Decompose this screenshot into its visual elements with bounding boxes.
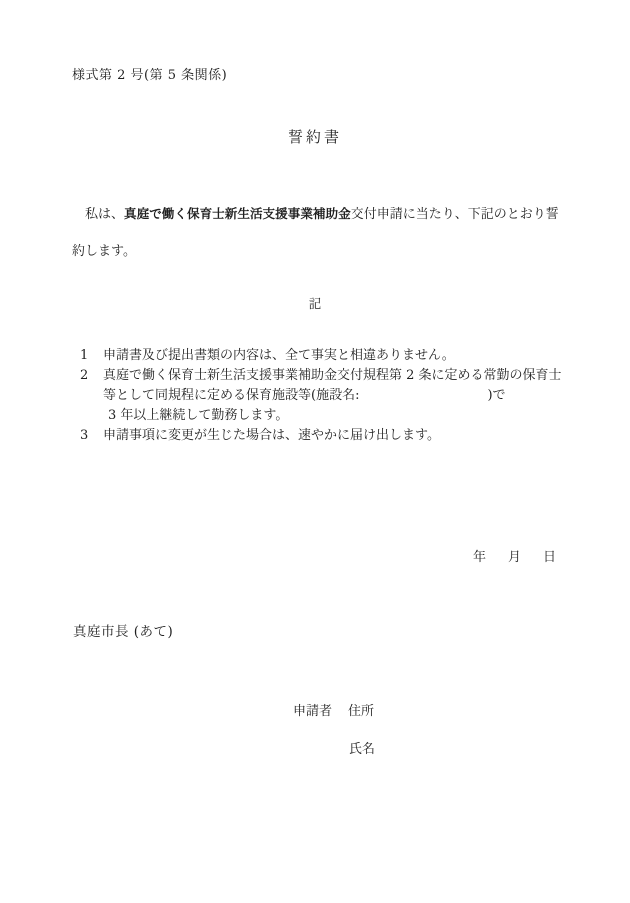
item2-line1: 真庭で働く保育士新生活支援事業補助金交付規程第 2 条に定める常勤の保育士 [103,368,562,383]
item-text: 申請事項に変更が生じた場合は、速やかに届け出します。 [103,426,562,446]
intro-line2: 約します。 [72,233,562,270]
intro-text-post: 交付申請に当たり、下記のとおり誓 [351,207,559,222]
day-label: 日 [543,546,556,565]
item-number: 2 [80,366,103,386]
pledge-item-3: 3 申請事項に変更が生じた場合は、速やかに届け出します。 [80,426,562,446]
addressee-line: 真庭市長 (あて) [73,620,173,640]
subsidy-program-name: 真庭で働く保育士新生活支援事業補助金 [124,206,351,221]
pledge-item-1: 1 申請書及び提出書類の内容は、全て事実と相違ありません。 [80,346,562,366]
date-line: 年 月 日 [473,546,556,565]
applicant-label: 申請者 [293,700,332,719]
intro-text-pre: 私は、 [72,207,124,222]
applicant-row: 申請者 住所 [293,700,374,719]
intro-line1: 私は、真庭で働く保育士新生活支援事業補助金交付申請に当たり、下記のとおり誓 [72,195,562,233]
item2-line2-pre: 等として同規程に定める保育施設等(施設名: [103,386,359,406]
pledge-item-2: 2 真庭で働く保育士新生活支援事業補助金交付規程第 2 条に定める常勤の保育士 … [80,366,562,426]
name-label: 氏名 [349,738,375,757]
section-marker-ki: 記 [0,294,630,312]
intro-paragraph: 私は、真庭で働く保育士新生活支援事業補助金交付申請に当たり、下記のとおり誓 約し… [72,195,562,270]
pledge-list: 1 申請書及び提出書類の内容は、全て事実と相違ありません。 2 真庭で働く保育士… [80,346,562,446]
item-number: 3 [80,426,103,446]
document-page: 様式第 2 号(第 5 条関係) 誓約書 私は、真庭で働く保育士新生活支援事業補… [0,0,630,903]
item-text: 申請書及び提出書類の内容は、全て事実と相違ありません。 [103,346,562,366]
item2-line2-post: )で [487,386,505,406]
year-label: 年 [473,546,486,565]
address-label: 住所 [348,700,374,719]
form-number-label: 様式第 2 号(第 5 条関係) [72,64,227,83]
item-text: 真庭で働く保育士新生活支援事業補助金交付規程第 2 条に定める常勤の保育士 等と… [103,366,562,426]
month-label: 月 [508,546,521,565]
document-title: 誓約書 [0,126,630,147]
item2-line3: 3 年以上継続して勤務します。 [103,406,562,426]
item2-line2: 等として同規程に定める保育施設等(施設名: )で [103,386,562,406]
item-number: 1 [80,346,103,366]
facility-name-blank-field [359,398,487,399]
